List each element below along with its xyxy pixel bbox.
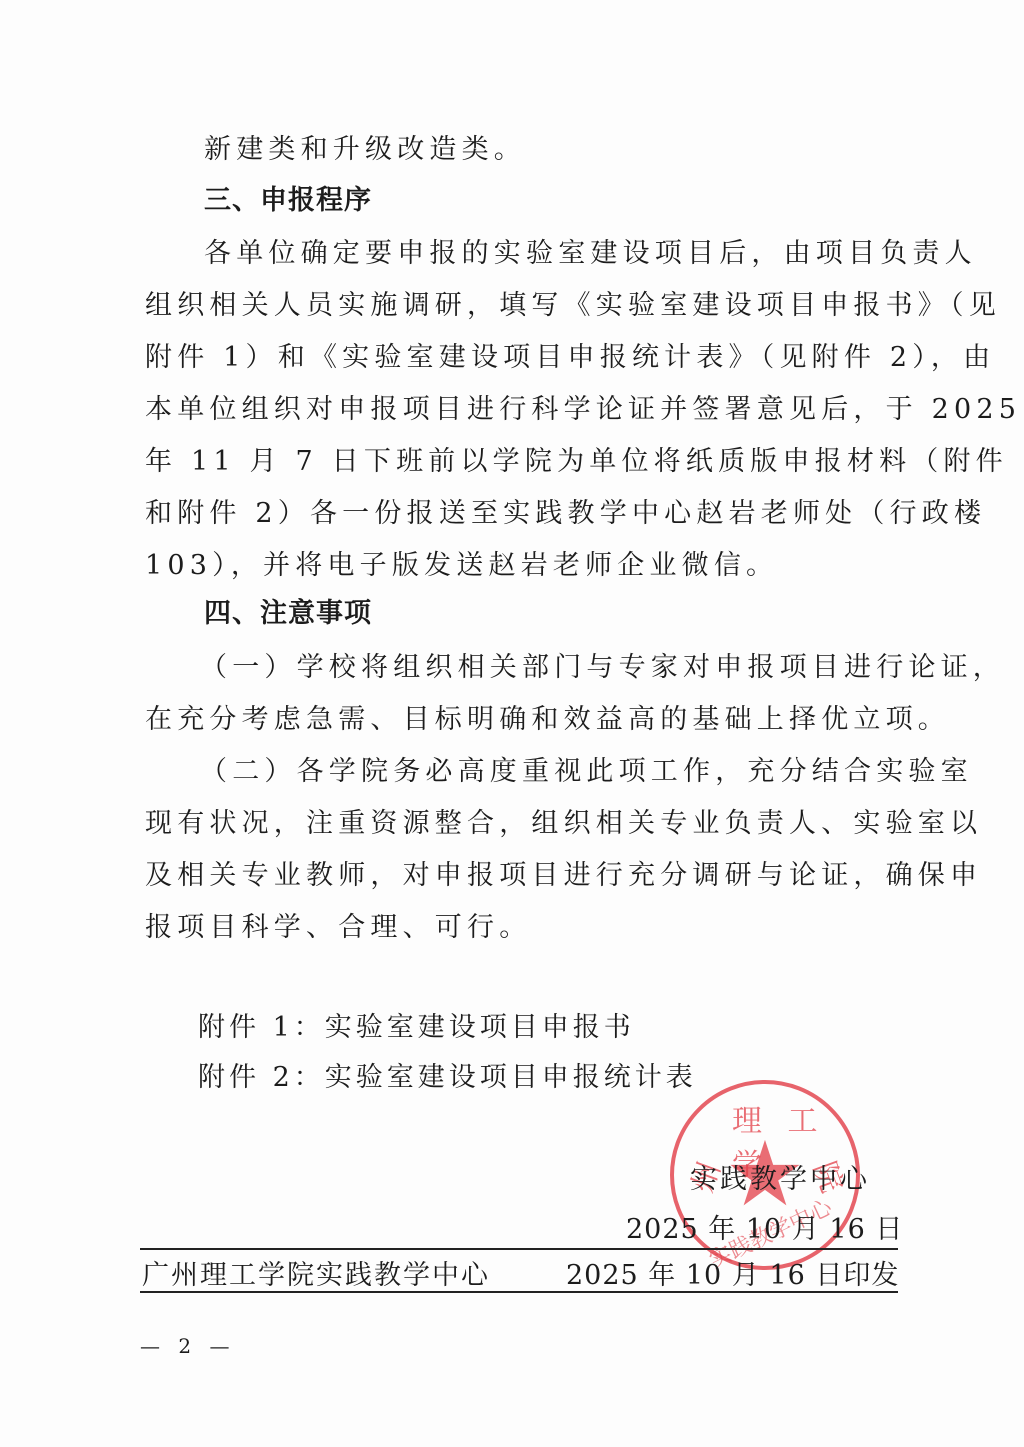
signature-org: 实践教学中心 bbox=[690, 1162, 870, 1198]
paragraph-line: （一）学校将组织相关部门与专家对申报项目进行论证， bbox=[200, 650, 1005, 686]
paragraph-line: 报项目科学、合理、可行。 bbox=[145, 910, 531, 946]
signature-date: 2025 年 10 月 16 日 bbox=[626, 1212, 903, 1248]
paragraph-line: 新建类和升级改造类。 bbox=[204, 132, 526, 168]
attachment-1: 附件 1：实验室建设项目申报书 bbox=[198, 1010, 635, 1046]
paragraph-line: 在充分考虑急需、目标明确和效益高的基础上择优立项。 bbox=[145, 702, 950, 738]
footer-issuer: 广州理工学院实践教学中心 bbox=[142, 1258, 490, 1294]
paragraph-line: 组织相关人员实施调研，填写《实验室建设项目申报书》（见 bbox=[145, 288, 1001, 324]
footer-issued-date: 2025 年 10 月 16 日印发 bbox=[566, 1258, 899, 1294]
paragraph-line: 及相关专业教师，对申报项目进行充分调研与论证，确保申 bbox=[145, 858, 982, 894]
paragraph-line: 各单位确定要申报的实验室建设项目后，由项目负责人 bbox=[204, 236, 977, 272]
paragraph-line: （二）各学院务必高度重视此项工作，充分结合实验室 bbox=[200, 754, 973, 790]
paragraph-line: 103），并将电子版发送赵岩老师企业微信。 bbox=[145, 548, 778, 584]
paragraph-line: 本单位组织对申报项目进行科学论证并签署意见后，于 2025 bbox=[145, 392, 1021, 428]
paragraph-line: 和附件 2）各一份报送至实践教学中心赵岩老师处（行政楼 bbox=[145, 496, 986, 532]
paragraph-line: 年 11 月 7 日下班前以学院为单位将纸质版申报材料（附件 1 bbox=[145, 444, 1024, 480]
page-number: — 2 — bbox=[140, 1334, 235, 1358]
section-heading-4: 四、注意事项 bbox=[204, 596, 372, 632]
paragraph-line: 现有状况，注重资源整合，组织相关专业负责人、实验室以 bbox=[145, 806, 982, 842]
footer-top-rule bbox=[140, 1248, 898, 1250]
paragraph-line: 附件 1）和《实验室建设项目申报统计表》（见附件 2），由 bbox=[145, 340, 995, 376]
attachment-2: 附件 2：实验室建设项目申报统计表 bbox=[198, 1060, 697, 1096]
section-heading-3: 三、申报程序 bbox=[204, 183, 372, 219]
footer-bottom-rule bbox=[140, 1291, 898, 1293]
